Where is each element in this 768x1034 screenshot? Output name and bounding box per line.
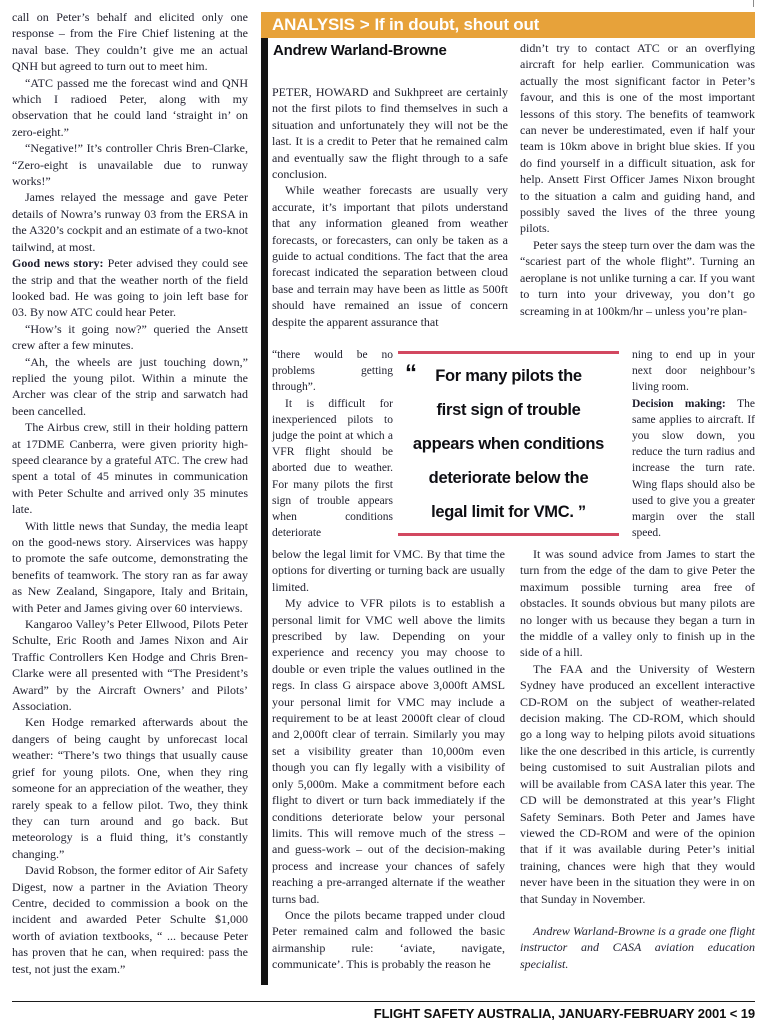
paragraph: ning to end up in your next door neighbo…: [632, 347, 755, 396]
pullquote-line: deteriorate below the: [398, 461, 619, 495]
paragraph: With little news that Sunday, the media …: [12, 518, 248, 616]
paragraph: “Ah, the wheels are just touching down,”…: [12, 354, 248, 420]
paragraph: Once the pilots became trapped under clo…: [272, 907, 505, 973]
paragraph: call on Peter’s behalf and elicited only…: [12, 9, 248, 75]
paragraph: below the legal limit for VMC. By that t…: [272, 546, 505, 595]
paragraph: Good news story: Peter advised they coul…: [12, 255, 248, 321]
middle-column-bottom: below the legal limit for VMC. By that t…: [272, 546, 505, 973]
paragraph: “ATC passed me the forecast wind and QNH…: [12, 75, 248, 141]
pullquote-line: appears when conditions: [398, 427, 619, 461]
paragraph: Peter says the steep turn over the dam w…: [520, 237, 755, 319]
paragraph: Decision making: The same applies to air…: [632, 396, 755, 542]
crop-mark: [753, 0, 754, 7]
pull-quote: “ For many pilots thefirst sign of troub…: [398, 351, 619, 536]
paragraph: The Airbus crew, still in their holding …: [12, 419, 248, 517]
middle-column-narrow: “there would be no problems getting thro…: [272, 347, 393, 541]
pullquote-line: first sign of trouble: [398, 393, 619, 427]
pullquote-line: legal limit for VMC. ”: [398, 495, 619, 529]
open-quote-mark: “: [405, 360, 415, 388]
pull-quote-lines: For many pilots thefirst sign of trouble…: [398, 359, 619, 529]
right-column-narrow: ning to end up in your next door neighbo…: [632, 347, 755, 541]
section-label: ANALYSIS: [272, 15, 355, 34]
footer-page-info: FLIGHT SAFETY AUSTRALIA, JANUARY-FEBRUAR…: [12, 1006, 755, 1021]
magazine-page: call on Peter’s behalf and elicited only…: [0, 0, 768, 1034]
banner-separator: >: [360, 15, 370, 34]
paragraph: Kangaroo Valley’s Peter Ellwood, Pilots …: [12, 616, 248, 714]
paragraph: “How’s it going now?” queried the Ansett…: [12, 321, 248, 354]
right-column-top: didn’t try to contact ATC or an overflyi…: [520, 40, 755, 319]
article-title: If in doubt, shout out: [375, 15, 540, 34]
paragraph: My advice to VFR pilots is to establish …: [272, 595, 505, 907]
paragraph: James relayed the message and gave Peter…: [12, 189, 248, 255]
paragraph: “there would be no problems getting thro…: [272, 347, 393, 396]
author-byline: Andrew Warland-Browne: [273, 42, 447, 59]
paragraph: While weather forecasts are usually very…: [272, 182, 508, 330]
paragraph: Andrew Warland-Browne is a grade one fli…: [520, 923, 755, 972]
footer-rule: [12, 1001, 755, 1002]
paragraph: It was sound advice from James to start …: [520, 546, 755, 661]
paragraph: PETER, HOWARD and Sukhpreet are certainl…: [272, 84, 508, 182]
pullquote-line: For many pilots the: [398, 359, 619, 393]
middle-column-top: PETER, HOWARD and Sukhpreet are certainl…: [272, 84, 508, 330]
section-banner: ANALYSIS>If in doubt, shout out: [261, 12, 755, 38]
paragraph: didn’t try to contact ATC or an overflyi…: [520, 40, 755, 237]
paragraph: Ken Hodge remarked afterwards about the …: [12, 714, 248, 862]
paragraph: The FAA and the University of Western Sy…: [520, 661, 755, 907]
right-column-bottom: It was sound advice from James to start …: [520, 546, 755, 972]
section-divider-bar: [261, 12, 268, 985]
paragraph: “Negative!” It’s controller Chris Bren-C…: [12, 140, 248, 189]
paragraph: It is difficult for inexperienced pilots…: [272, 396, 393, 542]
left-column: call on Peter’s behalf and elicited only…: [12, 9, 248, 977]
paragraph: David Robson, the former editor of Air S…: [12, 862, 248, 977]
